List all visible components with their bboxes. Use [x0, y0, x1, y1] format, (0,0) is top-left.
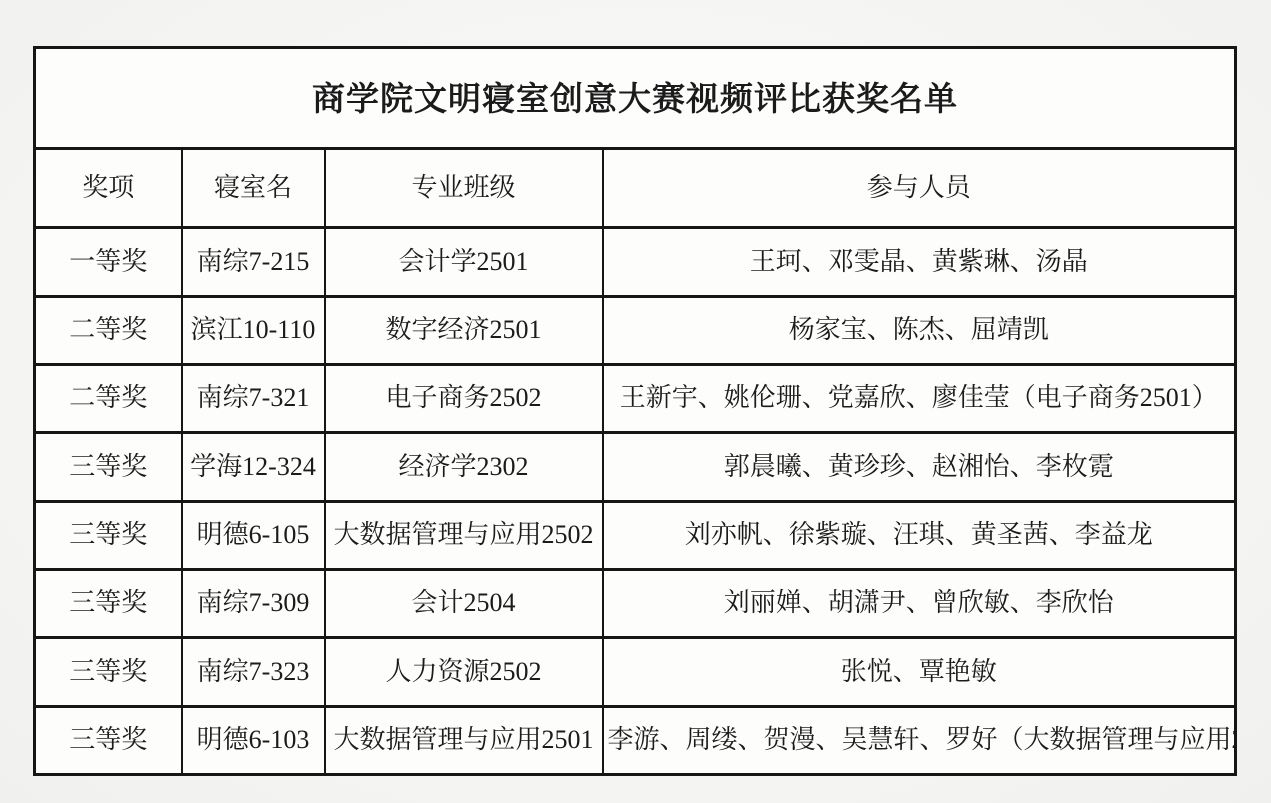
header-participants: 参与人员 — [603, 149, 1236, 228]
cell-participants: 张悦、覃艳敏 — [603, 638, 1236, 706]
cell-major-class: 大数据管理与应用2501 — [325, 706, 603, 774]
cell-major-class: 会计2504 — [325, 569, 603, 637]
header-row: 奖项 寝室名 专业班级 参与人员 — [35, 149, 1236, 228]
cell-award: 三等奖 — [35, 706, 182, 774]
table-row: 二等奖 滨江10-110 数字经济2501 杨家宝、陈杰、屈靖凯 — [35, 296, 1236, 364]
cell-participants: 杨家宝、陈杰、屈靖凯 — [603, 296, 1236, 364]
cell-dorm-name: 明德6-105 — [182, 501, 325, 569]
award-list-table: 商学院文明寝室创意大赛视频评比获奖名单 奖项 寝室名 专业班级 参与人员 一等奖… — [33, 46, 1237, 776]
cell-award: 一等奖 — [35, 228, 182, 296]
cell-dorm-name: 学海12-324 — [182, 433, 325, 501]
cell-dorm-name: 滨江10-110 — [182, 296, 325, 364]
table-row: 三等奖 南综7-323 人力资源2502 张悦、覃艳敏 — [35, 638, 1236, 706]
cell-major-class: 人力资源2502 — [325, 638, 603, 706]
cell-dorm-name: 南综7-323 — [182, 638, 325, 706]
cell-award: 三等奖 — [35, 569, 182, 637]
cell-award: 三等奖 — [35, 501, 182, 569]
table-row: 三等奖 明德6-105 大数据管理与应用2502 刘亦帆、徐紫璇、汪琪、黄圣茜、… — [35, 501, 1236, 569]
cell-dorm-name: 南综7-321 — [182, 364, 325, 432]
title-row: 商学院文明寝室创意大赛视频评比获奖名单 — [35, 48, 1236, 149]
cell-participants: 郭晨曦、黄珍珍、赵湘怡、李枚霓 — [603, 433, 1236, 501]
cell-participants: 王新宇、姚伦珊、党嘉欣、廖佳莹（电子商务2501） — [603, 364, 1236, 432]
cell-award: 三等奖 — [35, 638, 182, 706]
table-row: 一等奖 南综7-215 会计学2501 王珂、邓雯晶、黄紫琳、汤晶 — [35, 228, 1236, 296]
table-row: 二等奖 南综7-321 电子商务2502 王新宇、姚伦珊、党嘉欣、廖佳莹（电子商… — [35, 364, 1236, 432]
header-dorm-name: 寝室名 — [182, 149, 325, 228]
cell-award: 二等奖 — [35, 296, 182, 364]
cell-dorm-name: 南综7-215 — [182, 228, 325, 296]
cell-major-class: 经济学2302 — [325, 433, 603, 501]
cell-participants: 王珂、邓雯晶、黄紫琳、汤晶 — [603, 228, 1236, 296]
cell-major-class: 电子商务2502 — [325, 364, 603, 432]
cell-participants: 李游、周缕、贺漫、吴慧轩、罗好（大数据管理与应用2502） — [603, 706, 1236, 774]
cell-award: 二等奖 — [35, 364, 182, 432]
header-major-class: 专业班级 — [325, 149, 603, 228]
cell-major-class: 数字经济2501 — [325, 296, 603, 364]
cell-major-class: 会计学2501 — [325, 228, 603, 296]
header-award: 奖项 — [35, 149, 182, 228]
cell-award: 三等奖 — [35, 433, 182, 501]
table-row: 三等奖 南综7-309 会计2504 刘丽婵、胡潇尹、曾欣敏、李欣怡 — [35, 569, 1236, 637]
cell-dorm-name: 南综7-309 — [182, 569, 325, 637]
cell-participants: 刘亦帆、徐紫璇、汪琪、黄圣茜、李益龙 — [603, 501, 1236, 569]
cell-participants: 刘丽婵、胡潇尹、曾欣敏、李欣怡 — [603, 569, 1236, 637]
table-row: 三等奖 明德6-103 大数据管理与应用2501 李游、周缕、贺漫、吴慧轩、罗好… — [35, 706, 1236, 774]
table-row: 三等奖 学海12-324 经济学2302 郭晨曦、黄珍珍、赵湘怡、李枚霓 — [35, 433, 1236, 501]
table-title: 商学院文明寝室创意大赛视频评比获奖名单 — [35, 48, 1236, 149]
document-page: 商学院文明寝室创意大赛视频评比获奖名单 奖项 寝室名 专业班级 参与人员 一等奖… — [0, 0, 1271, 803]
cell-dorm-name: 明德6-103 — [182, 706, 325, 774]
cell-major-class: 大数据管理与应用2502 — [325, 501, 603, 569]
